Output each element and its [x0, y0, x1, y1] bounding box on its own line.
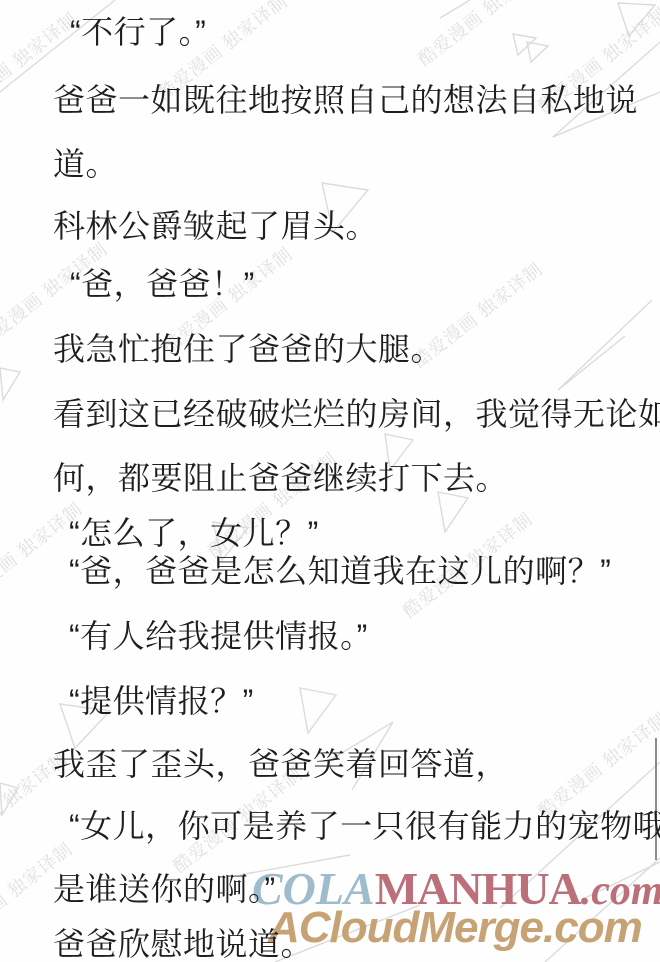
text-line: 何，都要阻止爸爸继续打下去。 — [53, 460, 508, 497]
text-line: 是谁送你的啊。” — [53, 871, 276, 908]
text-line: “不行了。” — [70, 14, 206, 51]
text-line: 科林公爵皱起了眉头。 — [53, 208, 378, 245]
text-line: 道。 — [53, 146, 118, 183]
text-line: 爸爸欣慰地说道。 — [53, 926, 313, 962]
text-line: 我急忙抱住了爸爸的大腿。 — [53, 331, 443, 368]
text-line: “女儿，你可是养了一只很有能力的宠物哦。 — [69, 808, 660, 845]
text-line: 看到这已经破破烂烂的房间，我觉得无论如 — [53, 396, 660, 433]
text-line: “怎么了，女儿？” — [69, 515, 319, 552]
acloudmerge-watermark: ACloudMerge.com — [268, 903, 642, 953]
text-line: 爸爸一如既往地按照自己的想法自私地说 — [53, 82, 638, 119]
text-line: “爸，爸爸是怎么知道我在这儿的啊？” — [69, 553, 611, 590]
text-line: “有人给我提供情报。” — [69, 618, 368, 655]
text-line: “爸，爸爸！” — [70, 266, 255, 303]
text-line: “提供情报？” — [69, 683, 254, 720]
text-line: 我歪了歪头，爸爸笑着回答道， — [53, 746, 508, 783]
novel-text-page: 酷爱漫画 独家译制 酷爱漫画 独家译制 酷爱漫画 独家译制 酷爱漫画 独家译制 … — [0, 0, 660, 962]
